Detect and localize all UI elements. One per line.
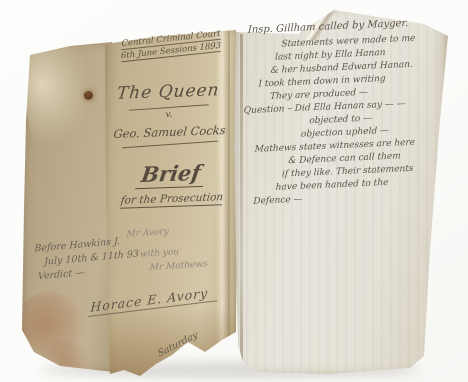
counsel-line: with you (140, 245, 208, 261)
trial-notes: Insp. Gillham called by Mayger. Statemen… (241, 15, 451, 209)
brief-subtitle: for the Prosecution (104, 191, 239, 208)
brief-title: Brief (102, 159, 239, 189)
document-photo: Central Criminal Court 6th June Sessions… (0, 0, 468, 382)
defendant-name: Geo. Samuel Cocks (102, 123, 237, 142)
versus-mark: v. (102, 109, 236, 123)
plaintiff-name: The Queen (100, 80, 236, 105)
rust-pin-hole (84, 91, 93, 100)
left-fold-panel (18, 40, 114, 378)
rule-divider (122, 141, 218, 149)
case-title-block: The Queen v. Geo. Samuel Cocks Brief for… (101, 80, 239, 208)
